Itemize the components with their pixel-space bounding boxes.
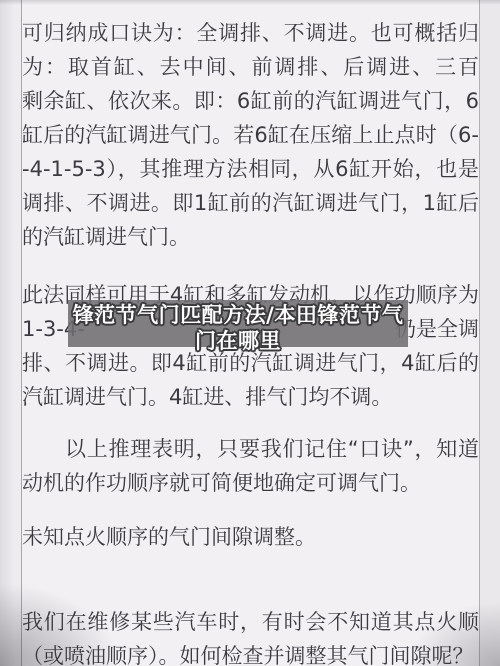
- article-line: 剩余缸、依次来。即：6缸前的汽缸调进气门，6: [22, 84, 479, 118]
- paragraph-unknown-firing-order: 我们在维修某些汽车时，有时会不知道其点火顺序 （或喷油顺序）。如何检查并调整其气…: [22, 605, 479, 666]
- paragraph-rhyme-summary: 可归纳成口诀为：全调排、不调进。也可概括归纳 为：取首缸、去中间、前调排、后调进…: [22, 16, 479, 254]
- article-line: 可归纳成口诀为：全调排、不调进。也可概括归纳: [22, 16, 479, 50]
- document-page: 可归纳成口诀为：全调排、不调进。也可概括归纳 为：取首缸、去中间、前调排、后调进…: [0, 0, 500, 666]
- title-overlay-text-line1: 锋范节气门匹配方法/本田锋范节气: [68, 302, 408, 328]
- article-line: -4-1-5-3），其推理方法相同，从6缸开始，也是全: [22, 152, 479, 186]
- article-line: 调排、不调进。即1缸前的汽缸调进气门，1缸后: [22, 186, 479, 220]
- article-line: 为：取首缸、去中间、前调排、后调进、三百六、: [22, 50, 479, 84]
- article-line: 动机的作功顺序就可简便地确定可调气门。: [22, 466, 479, 500]
- article-line: （或喷油顺序）。如何检查并调整其气门间隙呢？: [22, 639, 479, 666]
- top-edge-shadow: [0, 0, 500, 5]
- right-page-margin: [479, 0, 500, 666]
- article-line: 的汽缸调进气门。: [22, 220, 479, 254]
- article-line: 汽缸调进气门。4缸进、排气门均不调。: [22, 380, 479, 414]
- article-line: 以上推理表明，只要我们记住“口诀”，知道发: [22, 432, 479, 466]
- paragraph-section-heading: 未知点火顺序的气门间隙调整。: [22, 520, 479, 554]
- paragraph-conclusion: 以上推理表明，只要我们记住“口诀”，知道发 动机的作功顺序就可简便地确定可调气门…: [22, 432, 479, 500]
- article-line: 缸后的汽缸调进气门。若6缸在压缩上止点时（6-2: [22, 118, 479, 152]
- title-overlay-text-line2: 门在哪里: [68, 328, 408, 354]
- article-line: 我们在维修某些汽车时，有时会不知道其点火顺序: [22, 605, 479, 639]
- left-page-margin: [0, 0, 22, 666]
- article-line: 未知点火顺序的气门间隙调整。: [22, 520, 479, 554]
- title-overlay: 锋范节气门匹配方法/本田锋范节气 门在哪里: [68, 300, 408, 347]
